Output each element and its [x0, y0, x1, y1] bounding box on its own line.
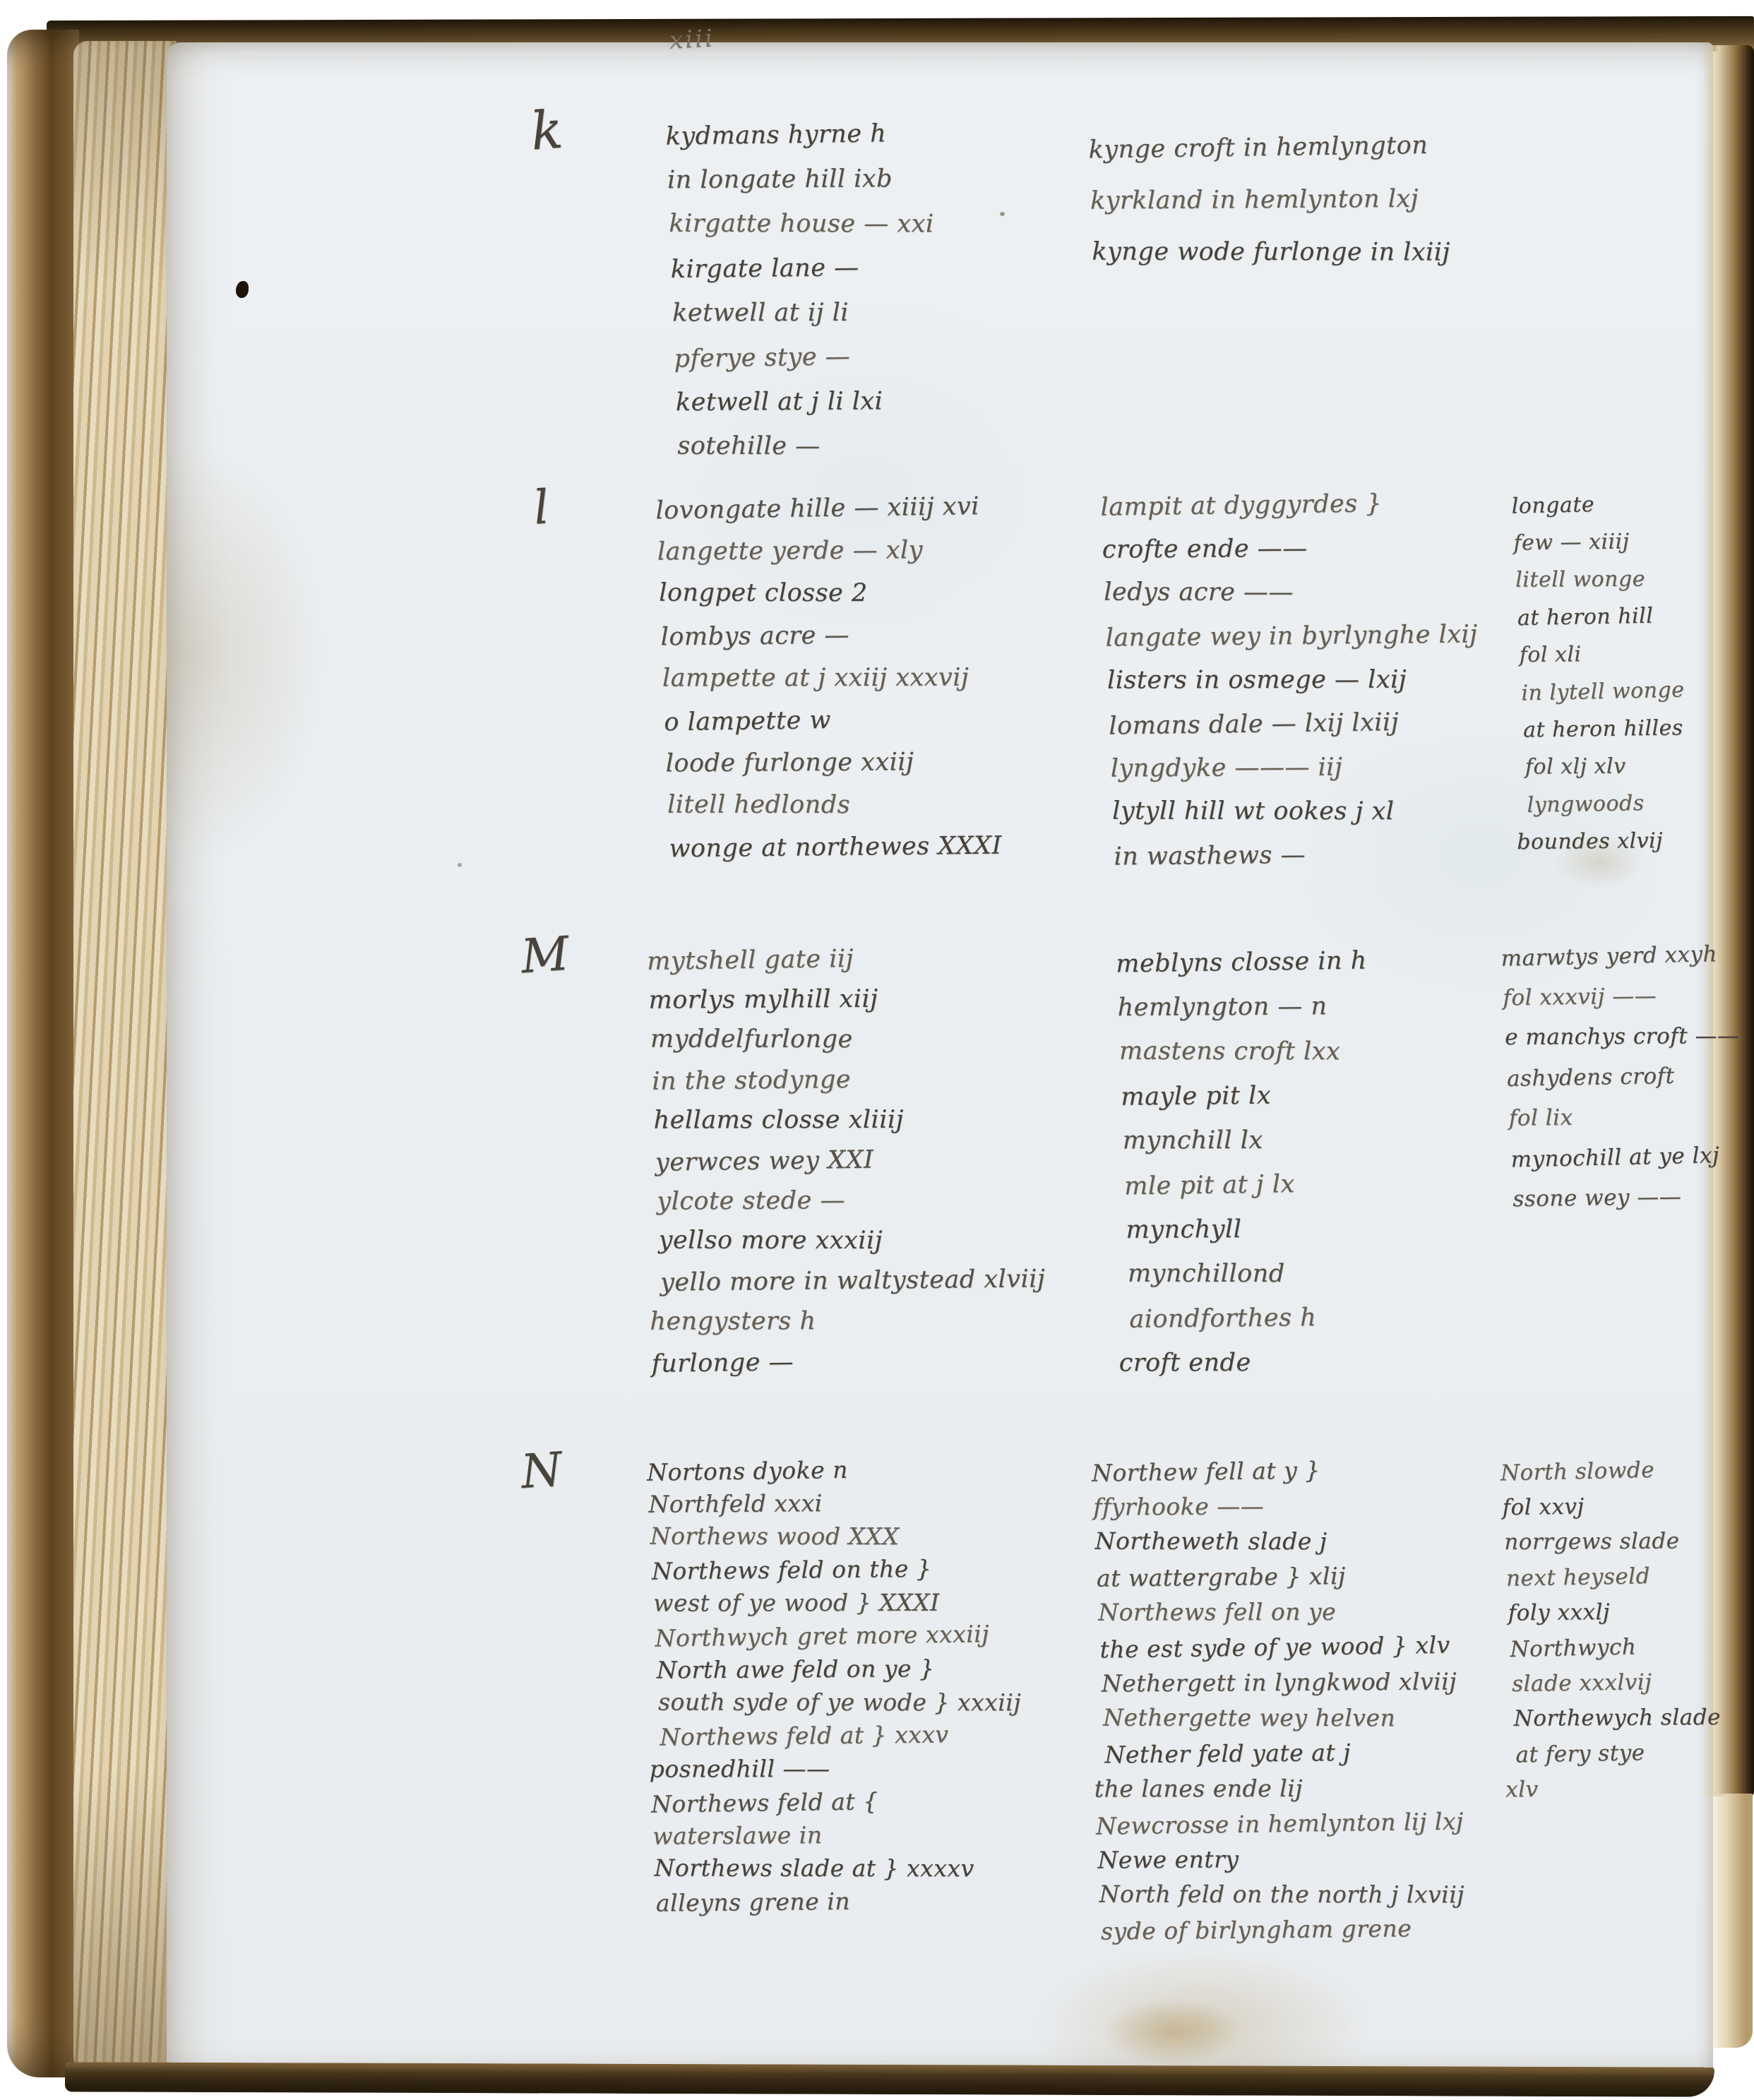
section-N-column-2: Northew fell at y }ffyrhooke ——Northewet… [1096, 1452, 1465, 1948]
manuscript-line: wonge at northewes XXXI [669, 825, 1002, 871]
manuscript-line: o lampette w [664, 697, 1001, 744]
manuscript-line: kirgatte house — xxi [669, 202, 933, 247]
manuscript-line: hellams closse xliiij [654, 1099, 1044, 1140]
manuscript-line: at heron hill [1517, 597, 1683, 637]
manuscript-line: the est syde of ye wood } xlv [1099, 1627, 1463, 1667]
manuscript-line: lampette at j xxiij xxxvij [662, 656, 1001, 699]
manuscript-line: lyngdyke ——— iij [1111, 744, 1479, 790]
manuscript-line: longate [1511, 484, 1682, 525]
manuscript-line: kyrkland in hemlynton lxj [1090, 172, 1450, 227]
manuscript-line: Northews slade at } xxxxv [655, 1851, 1022, 1885]
manuscript-line: in lytell wonge [1521, 671, 1685, 712]
manuscript-line: Northews wood XXX [650, 1520, 1020, 1553]
manuscript-line: Northeweth slade j [1095, 1524, 1462, 1560]
section-l-column-1: lovongate hille — xiiij xvilangette yerd… [660, 487, 1002, 870]
section-l-column-2: lampit at dyggyrdes }crofte ende ——ledys… [1104, 482, 1479, 878]
book-spine-leather [7, 30, 79, 2077]
manuscript-line: at wattergrabe } xlij [1097, 1557, 1463, 1596]
manuscript-line: kynge croft in hemlyngton [1088, 119, 1450, 176]
section-letter-N: N [520, 1446, 563, 1496]
manuscript-line: in the stodynge [652, 1058, 1044, 1102]
manuscript-line: ffyrhooke —— [1093, 1487, 1462, 1525]
ink-speck [1000, 212, 1005, 216]
section-k-column-1: kydmans hyrne hin longate hill ixbkirgat… [669, 112, 935, 470]
manuscript-line: Northewych slade [1514, 1700, 1721, 1736]
manuscript-line: mytshell gate iij [647, 936, 1044, 982]
manuscript-line: longpet closse 2 [659, 572, 1000, 615]
manuscript-line: lomans dale — lxij lxiij [1109, 699, 1479, 748]
manuscript-line: kirgate lane — [671, 245, 935, 292]
section-M-column-1: mytshell gate iijmorlys mylhill xiijmydd… [651, 938, 1046, 1383]
manuscript-line: marwtys yerd xxyh [1501, 933, 1738, 979]
manuscript-line: Northwych gret more xxxiij [655, 1616, 1021, 1654]
manuscript-line: yellso more xxxiij [659, 1221, 1045, 1262]
section-M-column-3: marwtys yerd xxyhfol xxxvij ——e manchys … [1505, 935, 1742, 1220]
manuscript-line: lombys acre — [660, 613, 1001, 659]
manuscript-line: ledys acre —— [1104, 571, 1477, 615]
manuscript-line: litell hedlonds [667, 784, 1001, 827]
manuscript-line: Northew fell at y } [1092, 1450, 1462, 1491]
manuscript-line: croft ende [1119, 1341, 1370, 1386]
manuscript-line: fol lix [1509, 1096, 1741, 1138]
section-N-column-3: North slowdefol xxvjnorrgews sladenext h… [1505, 1452, 1722, 1808]
folio-number: xiii [669, 24, 715, 54]
section-letter-l: l [532, 484, 551, 531]
manuscript-line: crofte ende —— [1102, 525, 1477, 571]
manuscript-line: hengysters h [650, 1301, 1045, 1342]
manuscript-line: the lanes ende lij [1094, 1770, 1464, 1806]
section-l-column-3: longatefew — xiiijlitell wongeat heron h… [1515, 484, 1686, 861]
section-letter-M: M [520, 931, 571, 981]
manuscript-line: in wasthews — [1114, 831, 1479, 878]
book-bottom-edge [65, 2062, 1714, 2096]
manuscript-line: lytyll hill wt ookes j xl [1112, 789, 1479, 834]
manuscript-line: yerwces wey XXI [655, 1138, 1045, 1183]
manuscript-line: Northews feld at { [651, 1782, 1022, 1820]
manuscript-line: Newcrosse in hemlynton lij lxj [1096, 1803, 1464, 1844]
manuscript-line: mastens croft lxx [1119, 1030, 1368, 1075]
manuscript-line: ssone wey —— [1513, 1176, 1742, 1220]
manuscript-line: hemlyngton — n [1117, 984, 1367, 1030]
section-N-column-1: Nortons dyoke nNorthfeld xxxiNorthews wo… [651, 1452, 1022, 1919]
manuscript-line: posnedhill —— [650, 1751, 1022, 1785]
manuscript-line: waterslawe in [652, 1817, 1022, 1852]
manuscript-line: lampit at dyggyrdes } [1100, 480, 1477, 529]
manuscript-line: Nethergette wey helven [1103, 1700, 1463, 1736]
manuscript-line: fol xli [1519, 635, 1684, 674]
manuscript-line: North awe feld on ye } [657, 1651, 1021, 1686]
manuscript-line: lovongate hille — xiiij xvi [655, 485, 1000, 532]
stacked-page-edges [73, 41, 177, 2075]
manuscript-line: mayle pit lx [1121, 1073, 1368, 1119]
manuscript-line: alleyns grene in [656, 1883, 1022, 1919]
ink-speck [458, 863, 462, 867]
manuscript-line: norrgews slade [1504, 1523, 1718, 1560]
manuscript-line: mynchillond [1128, 1252, 1369, 1297]
manuscript-line: Northews feld on the } [652, 1551, 1020, 1587]
manuscript-line: kydmans hyrne h [665, 111, 933, 159]
manuscript-line: mynchill lx [1123, 1118, 1368, 1164]
manuscript-line: fol xlj xlv [1525, 747, 1686, 785]
manuscript-line: meblyns closse in h [1116, 939, 1367, 987]
manuscript-line: mynchyll [1126, 1207, 1368, 1253]
manuscript-line: foly xxxlj [1508, 1593, 1719, 1630]
manuscript-line: fol xxxvij —— [1503, 975, 1739, 1019]
manuscript-line: syde of birlyngham grene [1101, 1910, 1465, 1949]
manuscript-line: Nortons dyoke n [647, 1450, 1020, 1489]
manuscript-line: ketwell at ij li [672, 291, 934, 336]
manuscript-line: ketwell at j li lxi [676, 379, 936, 425]
section-M-column-2: meblyns closse in hhemlyngton — nmastens… [1120, 940, 1369, 1386]
manuscript-line: langate wey in byrlynghe lxij [1105, 612, 1477, 660]
manuscript-line: west of ye wood } XXXI [653, 1585, 1020, 1619]
manuscript-line: loode furlonge xxiij [666, 741, 1002, 785]
manuscript-line: ylcote stede — [657, 1179, 1045, 1222]
page-right-edge-lower [1706, 1794, 1753, 2048]
manuscript-line: mynochill at ye lxj [1510, 1135, 1741, 1180]
manuscript-line: myddelfurlonge [650, 1020, 1044, 1061]
manuscript-line: ashydens croft [1507, 1055, 1741, 1099]
section-k-column-2: kynge croft in hemlyngtonkyrkland in hem… [1092, 120, 1450, 279]
manuscript-line: Northews feld at } xxxv [660, 1717, 1021, 1753]
manuscript-line: Northfeld xxxi [648, 1485, 1020, 1520]
manuscript-line: yello more in waltystead xlviij [660, 1259, 1046, 1303]
manuscript-line: slade xxxlvij [1512, 1664, 1721, 1702]
manuscript-line: south syde of ye wode } xxxiij [658, 1686, 1021, 1719]
manuscript-line: Northwych [1510, 1628, 1720, 1667]
manuscript-photo: { "page": { "folio_number": "xiii", "des… [0, 0, 1754, 2100]
manuscript-line: North feld on the north j lxviij [1099, 1877, 1464, 1913]
manuscript-line: sotehille — [677, 424, 935, 470]
paper-stain [1102, 1998, 1243, 2065]
manuscript-line: e manchys croft —— [1505, 1016, 1740, 1058]
manuscript-line: at heron hilles [1523, 709, 1686, 748]
manuscript-line: xlv [1505, 1770, 1722, 1807]
manuscript-line: Nether feld yate at j [1104, 1734, 1464, 1772]
manuscript-line: litell wonge [1515, 560, 1683, 598]
manuscript-line: North slowde [1500, 1451, 1717, 1491]
manuscript-line: few — xiiij [1513, 522, 1683, 561]
manuscript-line: fol xxvj [1502, 1487, 1718, 1525]
manuscript-line: mle pit at j lx [1124, 1162, 1368, 1210]
manuscript-line: listers in osmege — lxij [1107, 657, 1478, 702]
manuscript-line: kynge wode furlonge in lxiij [1092, 226, 1450, 279]
manuscript-line: at fery stye [1515, 1734, 1722, 1772]
manuscript-line: aiondforthes h [1129, 1295, 1369, 1342]
manuscript-line: Northews fell on ye [1098, 1594, 1462, 1630]
section-letter-k: k [529, 104, 564, 158]
manuscript-line: furlonge — [651, 1339, 1046, 1385]
manuscript-line: Nethergett in lyngkwod xlviij [1102, 1664, 1464, 1701]
manuscript-line: in longate hill ixb [667, 157, 934, 203]
manuscript-line: langette yerde — xly [657, 529, 1001, 573]
manuscript-line: pferye stye — [674, 333, 935, 381]
manuscript-line: boundes xlvij [1517, 822, 1687, 861]
manuscript-line: Newe entry [1097, 1840, 1464, 1878]
manuscript-line: lyngwoods [1527, 784, 1686, 824]
manuscript-line: next heyseld [1506, 1557, 1719, 1596]
manuscript-line: morlys mylhill xiij [648, 978, 1044, 1020]
